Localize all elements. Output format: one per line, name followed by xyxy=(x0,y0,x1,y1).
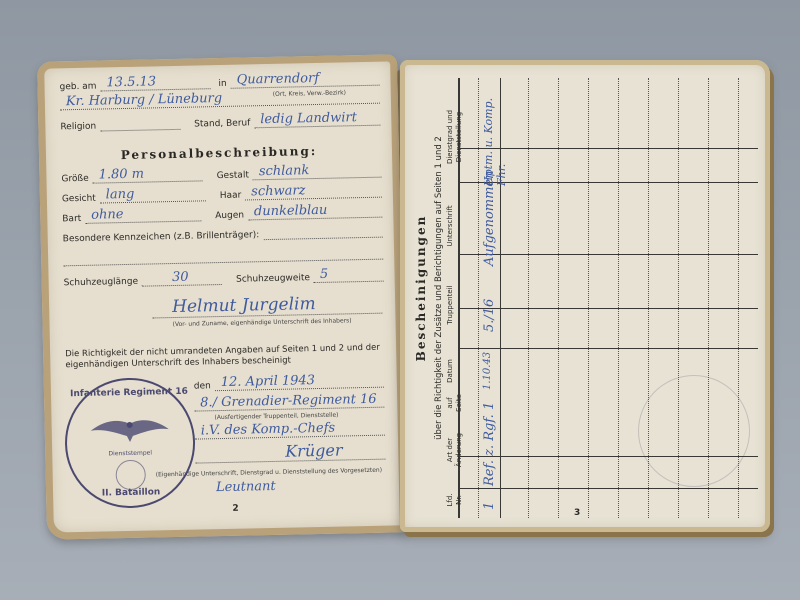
shoe-length-value: 30 xyxy=(172,270,189,285)
entry-unit: 5./16 xyxy=(482,299,497,332)
unit-caption: (Ausfertigender Truppenteil, Dienststell… xyxy=(214,412,338,422)
height-label: Größe xyxy=(61,174,88,185)
column-headers: Lfd. Nr. Art der Änderung auf Seite Datu… xyxy=(444,76,474,516)
in-value: Quarrendorf xyxy=(236,71,319,88)
page-number-3: 3 xyxy=(574,508,580,518)
occupation-label: Stand, Beruf xyxy=(194,118,250,129)
eyes-value: dunkelblau xyxy=(254,203,328,220)
holder-signature: Helmut Jurgelim xyxy=(172,294,316,317)
eyes-label: Augen xyxy=(215,211,244,222)
official-stamp: Infanterie Regiment 16 Dienststempel II.… xyxy=(64,377,197,510)
marks-label: Besondere Kennzeichen (z.B. Brillenträge… xyxy=(63,230,260,244)
col-nr: Lfd. Nr. xyxy=(446,488,464,512)
officer-signature: Krüger xyxy=(285,441,343,461)
stamp-center-text: Dienststempel xyxy=(67,449,193,459)
entry-date: 1.10.43 xyxy=(482,352,493,390)
shoe-length-label: Schuhzeuglänge xyxy=(64,277,139,289)
shoe-width-label: Schuhzeugweite xyxy=(236,273,310,285)
page-3: Bescheinigungen über die Richtigkeit der… xyxy=(400,60,770,532)
officer-line: i.V. des Komp.-Chefs xyxy=(201,421,336,439)
born-value: 13.5.13 xyxy=(106,74,156,90)
entry-rank: Hptm. u. Komp. Fhr. xyxy=(482,76,508,186)
in-label: in xyxy=(218,79,226,89)
district-value: Kr. Harburg / Lüneburg xyxy=(66,91,223,109)
hair-label: Haar xyxy=(220,191,242,201)
signature-caption: (Vor- und Zuname, eigenhändige Unterschr… xyxy=(172,317,351,328)
col-change: Art der Änderung xyxy=(446,420,464,480)
right-title: Bescheinigungen xyxy=(414,60,428,516)
date-value: 12. April 1943 xyxy=(221,373,316,390)
face-value: lang xyxy=(106,187,135,203)
page-number-2: 2 xyxy=(232,504,238,514)
face-label: Gesicht xyxy=(62,194,96,205)
entry-change: Ref. z. Rgf. xyxy=(482,414,497,486)
height-value: 1.80 m xyxy=(98,167,144,183)
officer-rank: Leutnant xyxy=(216,479,276,495)
wreath-icon xyxy=(115,460,146,491)
stamp-top-text: Infanterie Regiment 16 xyxy=(66,387,192,400)
build-value: schlank xyxy=(259,163,310,179)
soldbuch-photo: geb. am 13.5.13 in Quarrendorf (Ort, Kre… xyxy=(0,0,800,600)
entry-page: 1 xyxy=(482,402,497,410)
col-page: auf Seite xyxy=(446,390,464,416)
born-label: geb. am xyxy=(59,82,96,93)
table-row: 1 Ref. z. Rgf. 1 1.10.43 5./16 Aufgenomm… xyxy=(478,76,504,516)
certification-text: Die Richtigkeit der nicht umrandeten Ang… xyxy=(65,343,385,372)
shoe-width-value: 5 xyxy=(320,267,329,282)
stamp-bottom-text: II. Bataillon xyxy=(68,487,194,500)
unit-value: 8./ Grenadier-Regiment 16 xyxy=(200,392,377,411)
col-date: Datum xyxy=(446,354,455,388)
col-unit: Truppenteil xyxy=(446,270,455,340)
occupation-value: ledig Landwirt xyxy=(260,110,357,127)
col-rank: Dienstgrad und Dienststellung xyxy=(446,92,464,182)
eagle-icon xyxy=(88,415,171,445)
build-label: Gestalt xyxy=(217,170,249,181)
hair-value: schwarz xyxy=(251,183,306,199)
page-2: geb. am 13.5.13 in Quarrendorf (Ort, Kre… xyxy=(37,54,407,539)
date-label: den xyxy=(194,381,211,391)
beard-value: ohne xyxy=(91,207,124,223)
right-subtitle: über die Richtigkeit der Zusätze und Ber… xyxy=(434,60,444,516)
section-title: Personalbeschreibung: xyxy=(39,142,399,164)
religion-label: Religion xyxy=(60,122,96,133)
entry-nr: 1 xyxy=(482,502,497,510)
beard-label: Bart xyxy=(62,214,81,224)
col-signature: Unterschrift xyxy=(446,186,455,266)
